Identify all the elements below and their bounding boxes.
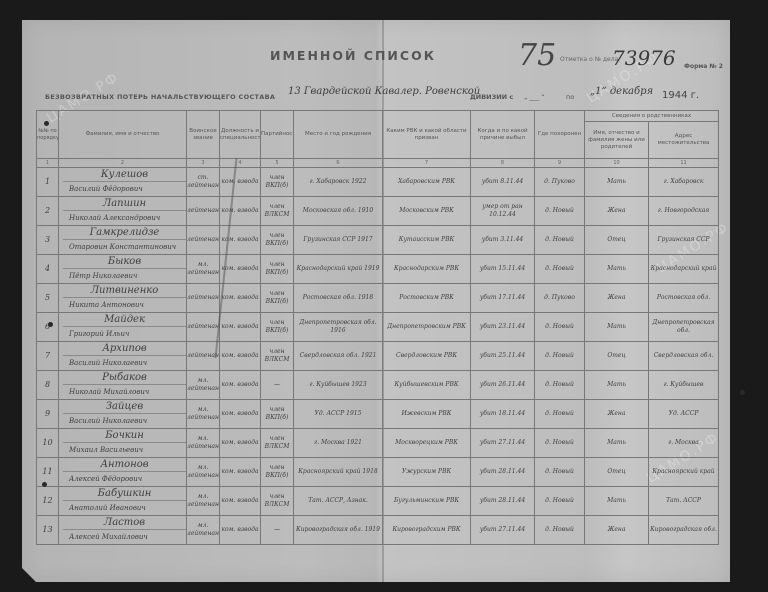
col-header-4: Должность и специальность — [220, 111, 261, 159]
table-row: 7 Архипов Василий Николаевичлейтенантком… — [37, 342, 719, 371]
cell-birth: Красноярский край 1918 — [294, 458, 383, 487]
given-names: Пётр Николаевич — [63, 269, 186, 283]
row-number: 1 — [37, 168, 59, 197]
cell-relative: Мать — [585, 255, 649, 284]
division-label: ДИВИЗИИ с — [470, 93, 513, 101]
full-name: Зайцев Василий Николаевич — [59, 400, 187, 429]
col-num: 6 — [294, 159, 383, 168]
cell-party: член ВЛКСМ — [261, 342, 294, 371]
row-number: 5 — [37, 284, 59, 313]
given-names: Михаил Васильевич — [63, 443, 186, 457]
form-number: Форма № 2 — [684, 63, 723, 70]
cell-party: — — [261, 516, 294, 545]
full-name: Гамкрелидзе Отаровин Константинович — [59, 226, 187, 255]
surname: Бочкин — [63, 429, 186, 443]
surname: Рыбаков — [63, 371, 186, 385]
row-number: 11 — [37, 458, 59, 487]
cell-relative: Жена — [585, 284, 649, 313]
document-year: 1944 г. — [662, 90, 699, 101]
surname: Антонов — [63, 458, 186, 472]
cell-post: ком. взвода — [220, 371, 261, 400]
surname: Литвиненко — [63, 284, 186, 298]
cell-out: убит 18.11.44 — [471, 400, 535, 429]
cell-party: член ВКП(б) — [261, 168, 294, 197]
cell-out: умер от ран 10.12.44 — [471, 197, 535, 226]
cell-address: г. Хабаровск — [649, 168, 719, 197]
cell-rvk: Ростовским РВК — [383, 284, 471, 313]
given-names: Василий Николаевич — [63, 356, 186, 370]
cell-birth: Ростовская обл. 1918 — [294, 284, 383, 313]
cell-birth: г. Куйбышев 1923 — [294, 371, 383, 400]
table-row: 12 Бабушкин Анатолий Ивановичмл. лейтена… — [37, 487, 719, 516]
cell-birth: г. Хабаровск 1922 — [294, 168, 383, 197]
ink-spot — [48, 322, 53, 327]
cell-relative: Отец — [585, 458, 649, 487]
surname: Быков — [63, 255, 186, 269]
cell-post: ком. взвода — [220, 516, 261, 545]
document-title: ИМЕННОЙ СПИСОК — [270, 48, 436, 63]
cell-out: убит 3.11.44 — [471, 226, 535, 255]
cell-birth: Московская обл. 1910 — [294, 197, 383, 226]
col-header-10: Имя, отчество и фамилия жены или родител… — [585, 122, 649, 159]
given-names: Анатолий Иванович — [63, 501, 186, 515]
cell-address: Свердловская обл. — [649, 342, 719, 371]
cell-relative: Мать — [585, 429, 649, 458]
cell-party: член ВКП(б) — [261, 458, 294, 487]
page-corner — [20, 566, 38, 584]
cell-address: Кировоградская обл. — [649, 516, 719, 545]
cell-party: член ВЛКСМ — [261, 197, 294, 226]
cell-birth: Уд. АССР 1915 — [294, 400, 383, 429]
surname: Бабушкин — [63, 487, 186, 501]
cell-relative: Мать — [585, 168, 649, 197]
cell-post: ком. взвода — [220, 313, 261, 342]
col-num: 1 — [37, 159, 59, 168]
table-row: 3 Гамкрелидзе Отаровин Константиновичлей… — [37, 226, 719, 255]
given-names: Алексей Михайлович — [63, 530, 186, 544]
cell-buried: д. Новый — [535, 400, 585, 429]
cell-address: Тат. АССР — [649, 487, 719, 516]
row-number: 10 — [37, 429, 59, 458]
cell-rvk: Краснодарским РВК — [383, 255, 471, 284]
cell-buried: д. Новый — [535, 255, 585, 284]
given-names: Алексей Фёдорович — [63, 472, 186, 486]
cell-rvk: Москворецким РВК — [383, 429, 471, 458]
cell-out: убит 25.11.44 — [471, 342, 535, 371]
table-row: 9 Зайцев Василий Николаевичмл. лейтенант… — [37, 400, 719, 429]
surname: Майдек — [63, 313, 186, 327]
cell-buried: д. Новый — [535, 516, 585, 545]
table-row: 13 Ластов Алексей Михайловичмл. лейтенан… — [37, 516, 719, 545]
col-num: 8 — [471, 159, 535, 168]
cell-rvk: Свердловским РВК — [383, 342, 471, 371]
cell-buried: д. Новый — [535, 197, 585, 226]
cell-relative: Жена — [585, 400, 649, 429]
full-name: Антонов Алексей Фёдорович — [59, 458, 187, 487]
cell-address: Днепропетровская обл. — [649, 313, 719, 342]
cell-party: — — [261, 371, 294, 400]
cell-address: Уд. АССР — [649, 400, 719, 429]
col-num: 7 — [383, 159, 471, 168]
cell-buried: д. Новый — [535, 313, 585, 342]
table-row: 5 Литвиненко Никита Антоновичлейтенантко… — [37, 284, 719, 313]
cell-rank: мл. лейтенант — [187, 516, 220, 545]
cell-address: Краснодарский край — [649, 255, 719, 284]
col-header-7: Каким РВК и какой области призван — [383, 111, 471, 159]
surname: Архипов — [63, 342, 186, 356]
unit-name: 13 Гвардейской Кавалер. Ровенской — [288, 86, 480, 97]
cell-party: член ВЛКСМ — [261, 487, 294, 516]
cell-post: ком. взвода — [220, 429, 261, 458]
table-row: 4 Быков Пётр Николаевичмл. лейтенантком.… — [37, 255, 719, 284]
given-names: Николай Александрович — [63, 211, 186, 225]
given-names: Григорий Ильич — [63, 327, 186, 341]
row-number: 2 — [37, 197, 59, 226]
cell-out: убит 8.11.44 — [471, 168, 535, 197]
relatives-group-header: Сведения о родственниках — [585, 111, 719, 122]
ink-spot — [44, 121, 49, 126]
date-to-label: по — [566, 93, 574, 101]
registration-stamp: Отметка о № дела — [560, 56, 618, 63]
cell-out: убит 15.11.44 — [471, 255, 535, 284]
col-num: 9 — [535, 159, 585, 168]
cell-rvk: Кутаисским РВК — [383, 226, 471, 255]
full-name: Архипов Василий Николаевич — [59, 342, 187, 371]
cell-relative: Отец — [585, 226, 649, 255]
cell-address: Грузинская ССР — [649, 226, 719, 255]
cell-rvk: Днепропетровским РВК — [383, 313, 471, 342]
col-header-2: Фамилия, имя и отчество — [59, 111, 187, 159]
cell-post: ком. взвода — [220, 487, 261, 516]
table-row: 10 Бочкин Михаил Васильевичмл. лейтенант… — [37, 429, 719, 458]
cell-birth: Днепропетровская обл. 1916 — [294, 313, 383, 342]
casualty-table: №№ по порядку Фамилия, имя и отчество Во… — [36, 110, 719, 545]
cell-relative: Жена — [585, 516, 649, 545]
ink-spot — [740, 390, 745, 395]
cell-birth: г. Москва 1921 — [294, 429, 383, 458]
cell-buried: д. Новый — [535, 429, 585, 458]
col-header-3: Воинское звание — [187, 111, 220, 159]
cell-rank: мл. лейтенант — [187, 429, 220, 458]
given-names: Отаровин Константинович — [63, 240, 186, 254]
given-names: Николай Михайлович — [63, 385, 186, 399]
surname: Ластов — [63, 516, 186, 530]
document-subtitle: БЕЗВОЗВРАТНЫХ ПОТЕРЬ НАЧАЛЬСТВУЮЩЕГО СОС… — [45, 93, 275, 101]
full-name: Рыбаков Николай Михайлович — [59, 371, 187, 400]
cell-rvk: Кировоградским РВК — [383, 516, 471, 545]
cell-rank: мл. лейтенант — [187, 371, 220, 400]
col-header-5: Партийность — [261, 111, 294, 159]
cell-address: г. Куйбышев — [649, 371, 719, 400]
given-names: Василий Фёдорович — [63, 182, 186, 196]
cell-birth: Грузинская ССР 1917 — [294, 226, 383, 255]
table-row: 8 Рыбаков Николай Михайловичмл. лейтенан… — [37, 371, 719, 400]
given-names: Никита Антонович — [63, 298, 186, 312]
table-row: 1 Кулешов Василий Фёдоровичст. лейтенант… — [37, 168, 719, 197]
cell-party: член ВКП(б) — [261, 284, 294, 313]
cell-relative: Мать — [585, 487, 649, 516]
table-row: 6 Майдек Григорий Ильичлейтенантком. взв… — [37, 313, 719, 342]
full-name: Литвиненко Никита Антонович — [59, 284, 187, 313]
row-number: 12 — [37, 487, 59, 516]
full-name: Кулешов Василий Фёдорович — [59, 168, 187, 197]
row-number: 6 — [37, 313, 59, 342]
row-number: 9 — [37, 400, 59, 429]
row-number: 8 — [37, 371, 59, 400]
cell-rvk: Куйбышевским РВК — [383, 371, 471, 400]
cell-rank: мл. лейтенант — [187, 487, 220, 516]
cell-out: убит 23.11.44 — [471, 313, 535, 342]
cell-party: член ВКП(б) — [261, 226, 294, 255]
col-header-9: Где похоронен — [535, 111, 585, 159]
cell-birth: Тат. АССР, Азнак. — [294, 487, 383, 516]
cell-rvk: Ужурским РВК — [383, 458, 471, 487]
cell-out: убит 28.11.44 — [471, 487, 535, 516]
date-to: „1“ декабря — [590, 86, 653, 97]
ink-spot — [42, 482, 47, 487]
cell-rank: мл. лейтенант — [187, 400, 220, 429]
col-header-8: Когда и по какой причине выбыл — [471, 111, 535, 159]
cell-rank: мл. лейтенант — [187, 458, 220, 487]
cell-buried: д. Новый — [535, 487, 585, 516]
cell-rvk: Хабаровским РВК — [383, 168, 471, 197]
table-row: 2 Лапшин Николай Александровичлейтенантк… — [37, 197, 719, 226]
cell-rvk: Московским РВК — [383, 197, 471, 226]
cell-out: убит 17.11.44 — [471, 284, 535, 313]
registration-number: 73976 — [612, 46, 676, 70]
cell-buried: д. Пуково — [535, 168, 585, 197]
cell-address: г. Москва — [649, 429, 719, 458]
col-num: 11 — [649, 159, 719, 168]
row-number: 13 — [37, 516, 59, 545]
cell-post: ком. взвода — [220, 284, 261, 313]
cell-birth: Свердловская обл. 1921 — [294, 342, 383, 371]
full-name: Лапшин Николай Александрович — [59, 197, 187, 226]
table-row: 11 Антонов Алексей Фёдоровичмл. лейтенан… — [37, 458, 719, 487]
cell-out: убит 28.11.44 — [471, 458, 535, 487]
cell-post: ком. взвода — [220, 458, 261, 487]
archive-number: 75 — [518, 38, 556, 73]
surname: Лапшин — [63, 197, 186, 211]
cell-buried: д. Новый — [535, 458, 585, 487]
col-header-1: №№ по порядку — [37, 111, 59, 159]
cell-buried: д. Пуково — [535, 284, 585, 313]
full-name: Быков Пётр Николаевич — [59, 255, 187, 284]
cell-out: убит 27.11.44 — [471, 429, 535, 458]
cell-relative: Мать — [585, 313, 649, 342]
cell-relative: Отец — [585, 342, 649, 371]
cell-birth: Краснодарский край 1919 — [294, 255, 383, 284]
surname: Зайцев — [63, 400, 186, 414]
cell-out: убит 27.11.44 — [471, 516, 535, 545]
cell-buried: д. Новый — [535, 371, 585, 400]
cell-party: член ВКП(б) — [261, 313, 294, 342]
cell-buried: д. Новый — [535, 226, 585, 255]
given-names: Василий Николаевич — [63, 414, 186, 428]
cell-birth: Кировоградская обл. 1919 — [294, 516, 383, 545]
date-from: „ ___ “ — [524, 93, 545, 101]
full-name: Майдек Григорий Ильич — [59, 313, 187, 342]
surname: Гамкрелидзе — [63, 226, 186, 240]
surname: Кулешов — [63, 168, 186, 182]
cell-post: ком. взвода — [220, 400, 261, 429]
cell-party: член ВКП(б) — [261, 400, 294, 429]
cell-party: член ВЛКСМ — [261, 429, 294, 458]
cell-address: Ростовская обл. — [649, 284, 719, 313]
cell-post: ком. взвода — [220, 342, 261, 371]
cell-address: г. Новгородская — [649, 197, 719, 226]
col-num: 5 — [261, 159, 294, 168]
cell-out: убит 26.11.44 — [471, 371, 535, 400]
cell-relative: Жена — [585, 197, 649, 226]
col-num: 2 — [59, 159, 187, 168]
row-number: 7 — [37, 342, 59, 371]
cell-party: член ВКП(б) — [261, 255, 294, 284]
row-number: 4 — [37, 255, 59, 284]
cell-buried: д. Новый — [535, 342, 585, 371]
col-header-6: Место и год рождения — [294, 111, 383, 159]
col-num: 10 — [585, 159, 649, 168]
cell-rvk: Ижевским РВК — [383, 400, 471, 429]
cell-rvk: Бугульминским РВК — [383, 487, 471, 516]
full-name: Бабушкин Анатолий Иванович — [59, 487, 187, 516]
full-name: Бочкин Михаил Васильевич — [59, 429, 187, 458]
full-name: Ластов Алексей Михайлович — [59, 516, 187, 545]
row-number: 3 — [37, 226, 59, 255]
cell-relative: Мать — [585, 371, 649, 400]
cell-address: Красноярский край — [649, 458, 719, 487]
col-header-11: Адрес местожительства — [649, 122, 719, 159]
